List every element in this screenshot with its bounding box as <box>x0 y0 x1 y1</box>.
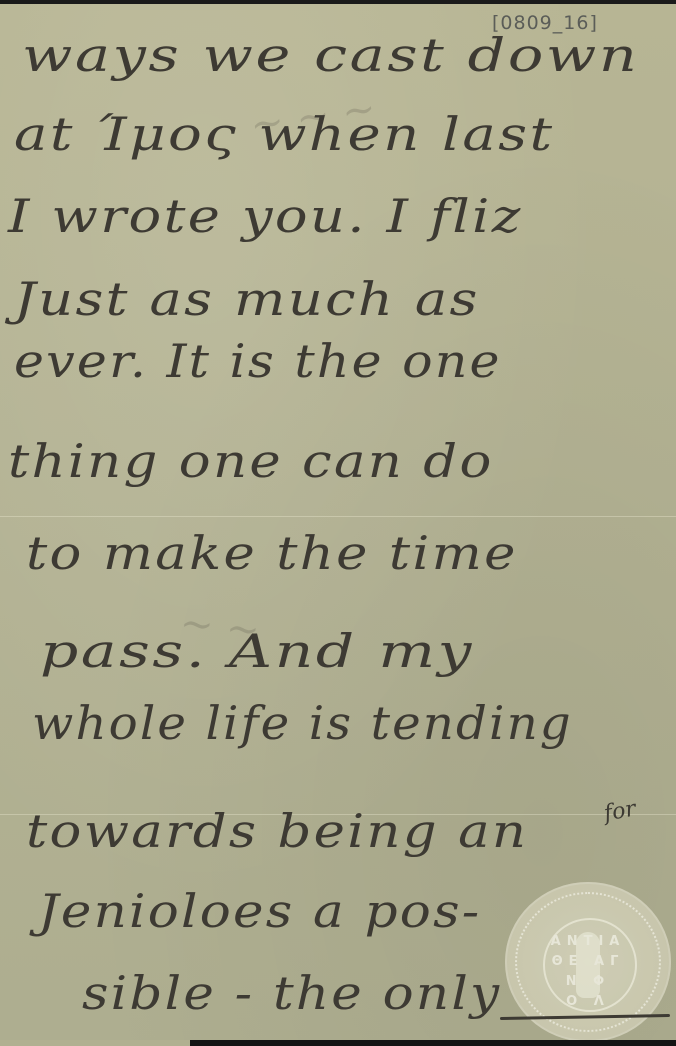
letter-page: ~ ~ ~ ~ ~ [0809_16] ways we cast down at… <box>0 4 676 1040</box>
seal-text: ΑΝΤΙΑ <box>505 934 671 949</box>
seal-text: Ν Φ <box>505 974 671 989</box>
handwritten-line-6: thing one can do <box>8 434 494 488</box>
handwritten-line-12: sible - the only <box>82 966 501 1020</box>
handwritten-line-4: Just as much as <box>14 272 480 326</box>
paper-fold-line <box>0 516 676 517</box>
margin-note: for <box>602 796 638 826</box>
seal-text: Ο Λ <box>505 994 671 1009</box>
scan-bottom-edge <box>0 1040 676 1046</box>
handwritten-line-10: towards being an <box>26 804 528 858</box>
handwritten-line-11: Jenioloes a pos- <box>38 884 481 938</box>
handwritten-line-1: ways we cast down <box>22 28 639 82</box>
handwritten-line-3: I wrote you. I fliz <box>8 189 523 243</box>
handwritten-line-7: to make the time <box>26 526 518 580</box>
seal-text: ΘΕ ΑΓ <box>505 954 671 969</box>
handwritten-line-2: at Ίμος when last <box>14 107 555 161</box>
scan-border <box>190 1040 676 1046</box>
handwritten-line-5: ever. It is the one <box>14 334 502 388</box>
handwritten-line-9: whole life is tending <box>32 696 573 750</box>
handwritten-line-8: pass. And my <box>40 624 474 678</box>
